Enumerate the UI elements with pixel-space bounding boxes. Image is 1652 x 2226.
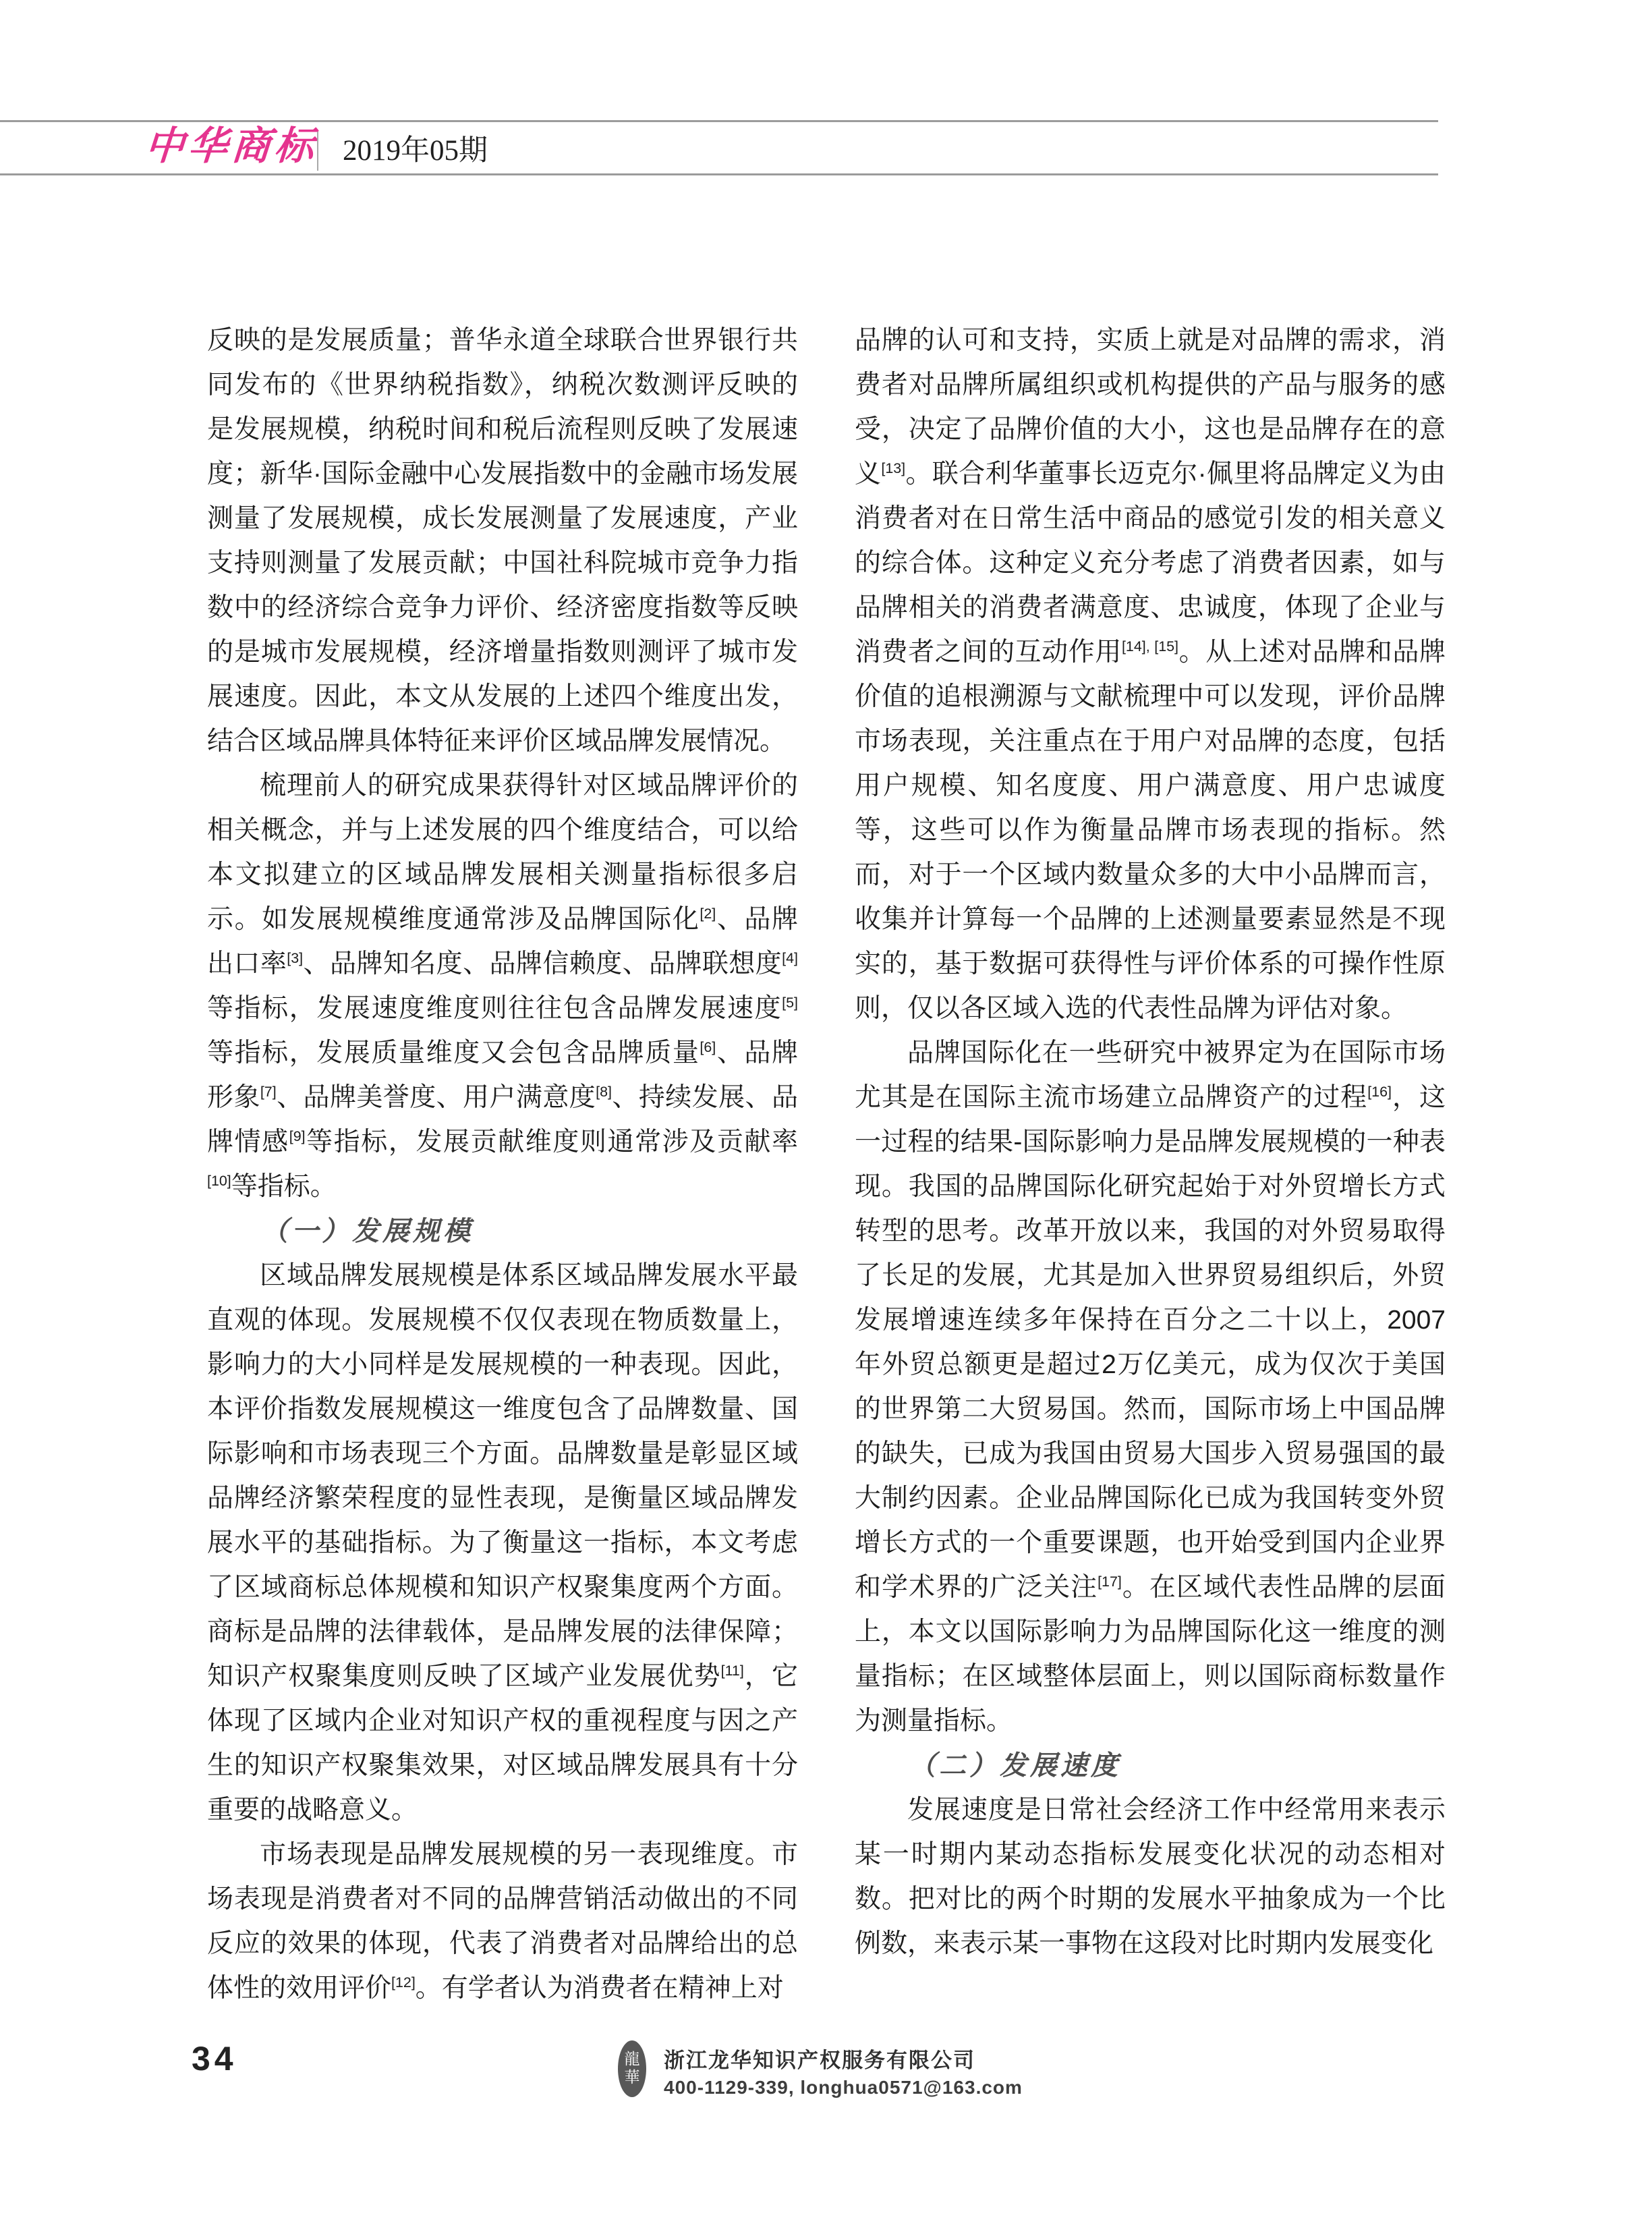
paragraph: 品牌国际化在一些研究中被界定为在国际市场尤其是在国际主流市场建立品牌资产的过程[… (855, 1031, 1446, 1744)
magazine-page: 中华商标 2019年05期 反映的是发展质量；普华永道全球联合世界银行共同发布的… (0, 0, 1652, 2226)
page-number: 34 (192, 2039, 237, 2078)
company-name: 浙江龙华知识产权服务有限公司 (664, 2043, 975, 2074)
company-contact: 400-1129-339, longhua0571@163.com (664, 2077, 1023, 2098)
header-divider (317, 132, 318, 171)
journal-logo: 中华商标 (144, 126, 319, 166)
seal-glyph-bottom: 華 (625, 2069, 640, 2087)
header-rule-bottom (0, 173, 1438, 175)
longhua-seal-icon: 龍 華 (618, 2040, 646, 2097)
column-left: 反映的是发展质量；普华永道全球联合世界银行共同发布的《世界纳税指数》，纳税次数测… (207, 318, 798, 2011)
section-heading-development-speed: （二）发展速度 (855, 1744, 1446, 1788)
paragraph: 品牌的认可和支持，实质上就是对品牌的需求，消费者对品牌所属组织或机构提供的产品与… (855, 318, 1446, 1031)
header-rule-top (0, 120, 1438, 122)
paragraph: 区域品牌发展规模是体系区域品牌发展水平最直观的体现。发展规模不仅仅表现在物质数量… (207, 1254, 798, 1833)
issue-label: 2019年05期 (343, 134, 488, 169)
paragraph: 反映的是发展质量；普华永道全球联合世界银行共同发布的《世界纳税指数》，纳税次数测… (207, 318, 798, 764)
paragraph: 发展速度是日常社会经济工作中经常用来表示某一时期内某动态指标发展变化状况的动态相… (855, 1788, 1446, 1966)
paragraph: 市场表现是品牌发展规模的另一表现维度。市场表现是消费者对不同的品牌营销活动做出的… (207, 1833, 798, 2011)
seal-glyph-top: 龍 (625, 2051, 640, 2069)
paragraph: 梳理前人的研究成果获得针对区域品牌评价的相关概念，并与上述发展的四个维度结合，可… (207, 764, 798, 1209)
section-heading-development-scale: （一）发展规模 (207, 1209, 798, 1254)
column-right: 品牌的认可和支持，实质上就是对品牌的需求，消费者对品牌所属组织或机构提供的产品与… (855, 318, 1446, 1966)
